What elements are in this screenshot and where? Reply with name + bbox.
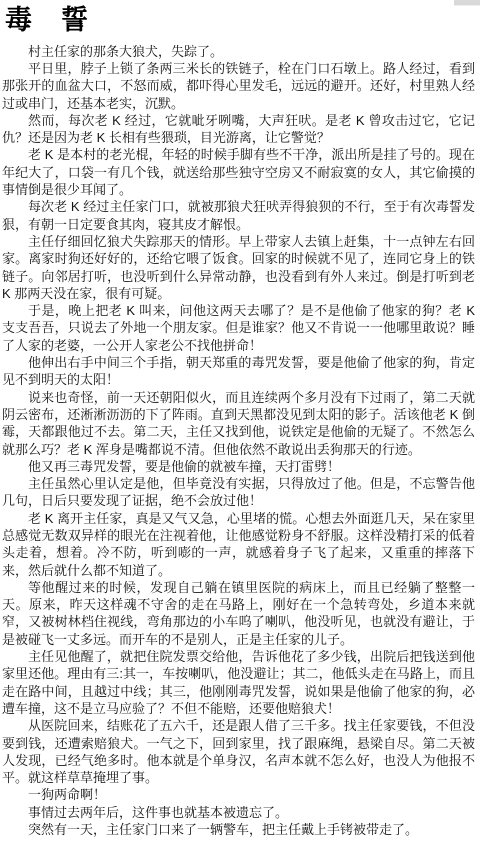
- story-paragraph: 平日里，脖子上锁了条两三米长的铁链子，栓在门口石墩上。路人经过，看到那张开的血盆…: [2, 60, 475, 112]
- story-paragraph: 他又再三毒咒发誓，要是他偷的就被车撞，天打雷劈！: [2, 458, 475, 475]
- story-paragraph: 然而，每次老 K 经过，它就呲牙咧嘴，大声狂吠。是老 K 曾攻击过它，它记仇？还…: [2, 112, 475, 147]
- story-paragraph: 事情过去两年后，这件事也就基本被遗忘了。: [2, 804, 475, 821]
- story-paragraph: 主任见他醒了，就把住院发票交给他，告诉他花了多少钱，出院后把钱送到他家里还他。理…: [2, 648, 475, 717]
- story-paragraph: 他伸出右手中间三个手指，朝天郑重的毒咒发誓，要是他偷了他家的狗，肯定见不到明天的…: [2, 354, 475, 389]
- story-paragraph: 一狗两命啊！: [2, 786, 475, 803]
- story-paragraph: 每次老 K 经过主任家门口，就被那狼犬狂吠弄得狼狈的不行，至于有次毒誓发狠，有朝…: [2, 198, 475, 233]
- story-paragraph: 突然有一天，主任家门口来了一辆警车，把主任戴上手铐被带走了。: [2, 821, 475, 838]
- story-paragraph: 老 K 是本村的老光棍，年轻的时候手脚有些不干净，派出所是挂了号的。现在年纪大了…: [2, 146, 475, 198]
- story-title: 毒 誓: [5, 6, 475, 36]
- story-paragraph: 从医院回来，结账花了五六千，还是跟人借了三千多。找主任家要钱，不但没要到钱，还遭…: [2, 717, 475, 786]
- page: 毒 誓 村主任家的那条大狼犬，失踪了。 平日里，脖子上锁了条两三米长的铁链子，栓…: [0, 0, 480, 848]
- story-paragraph: 说来也奇怪，前一天还朝阳似火，而且连续两个多月没有下过雨了，第二天就阴云密布，还…: [2, 389, 475, 458]
- story-body: 村主任家的那条大狼犬，失踪了。 平日里，脖子上锁了条两三米长的铁链子，栓在门口石…: [2, 43, 475, 839]
- story-paragraph: 等他醒过来的时候，发现自己躺在镇里医院的病床上，而且已经躺了整整一天。原来，昨天…: [2, 579, 475, 648]
- story-paragraph: 于是，晚上把老 K 叫来，问他这两天去哪了？是不是他偷了他家的狗？老 K 支支吾…: [2, 302, 475, 354]
- story-paragraph: 主任虽然心里认定是他，但毕竟没有实据，只得放过了他。但是，不忘警告他几句，日后只…: [2, 475, 475, 510]
- scrollbar-fragment: [454, 0, 480, 6]
- story-paragraph: 村主任家的那条大狼犬，失踪了。: [2, 43, 475, 60]
- story-paragraph: 主任仔细回忆狼犬失踪那天的情形。早上带家人去镇上赶集，十一点钟左右回家。离家时狗…: [2, 233, 475, 302]
- story-paragraph: 老 K 离开主任家，真是又气又急，心里堵的慌。心想去外面逛几天，呆在家里总感觉无…: [2, 510, 475, 579]
